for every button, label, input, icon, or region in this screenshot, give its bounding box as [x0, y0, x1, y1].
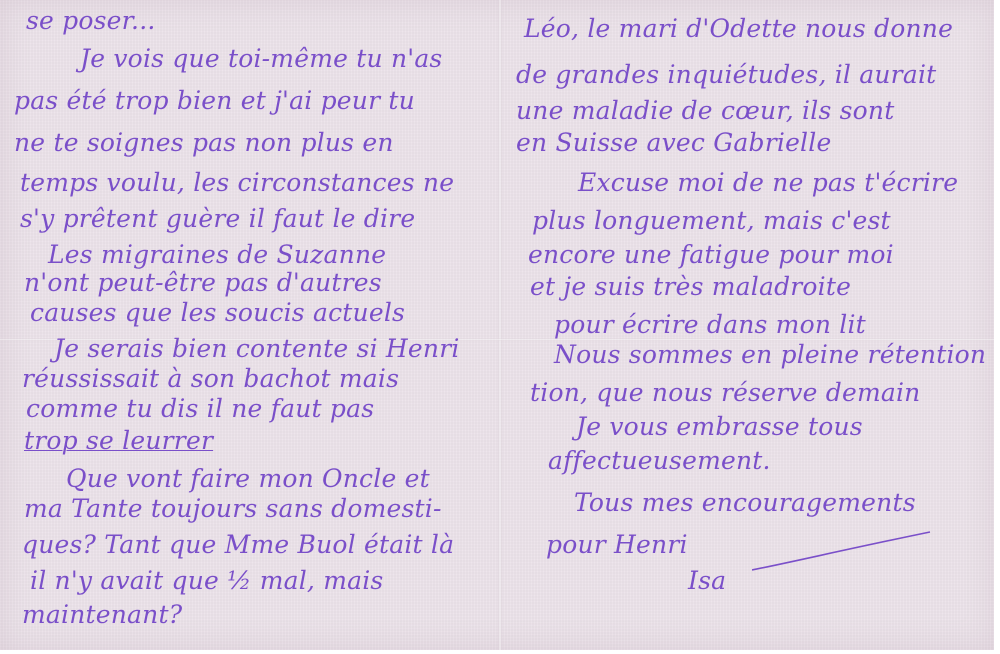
letter-line: temps voulu, les circonstances ne	[20, 168, 454, 197]
signature-flourish	[752, 530, 932, 575]
letter-line: Je vois que toi-même tu n'as	[80, 44, 442, 73]
letter-line: de grandes inquiétudes, il aurait	[516, 60, 936, 89]
letter-line: une maladie de cœur, ils sont	[516, 96, 894, 125]
letter-line: se poser...	[26, 6, 156, 35]
letter-line: ma Tante toujours sans domesti-	[24, 494, 442, 523]
letter-line: encore une fatigue pour moi	[528, 240, 894, 269]
letter-line: Que vont faire mon Oncle et	[66, 464, 430, 493]
paper-right-edge	[994, 0, 1000, 654]
letter-line: Je vous embrasse tous	[576, 412, 863, 441]
letter-line: pas été trop bien et j'ai peur tu	[14, 86, 415, 115]
letter-line: maintenant?	[22, 600, 182, 629]
letter-sheet: se poser... Je vois que toi-même tu n'as…	[0, 0, 996, 650]
letter-line: tion, que nous réserve demain	[530, 378, 920, 407]
letter-line: trop se leurrer	[24, 426, 213, 455]
left-page: se poser... Je vois que toi-même tu n'as…	[0, 0, 498, 650]
letter-line: s'y prêtent guère il faut le dire	[20, 204, 415, 233]
paper-bottom-edge	[0, 650, 1000, 654]
letter-line: plus longuement, mais c'est	[532, 206, 891, 235]
letter-line: pour Henri	[546, 530, 688, 559]
letter-line: réussissait à son bachot mais	[22, 364, 399, 393]
letter-line: Excuse moi de ne pas t'écrire	[578, 168, 958, 197]
letter-line: n'ont peut-être pas d'autres	[24, 268, 382, 297]
letter-line: pour écrire dans mon lit	[554, 310, 866, 339]
letter-line: Je serais bien contente si Henri	[54, 334, 460, 363]
letter-line: Les migraines de Suzanne	[48, 240, 386, 269]
letter-line: Tous mes encouragements	[574, 488, 916, 517]
letter-line: comme tu dis il ne faut pas	[26, 394, 374, 423]
letter-line: Léo, le mari d'Odette nous donne	[524, 14, 953, 43]
right-page: Léo, le mari d'Odette nous donne de gran…	[502, 0, 996, 650]
letter-line: il n'y avait que ½ mal, mais	[30, 566, 383, 595]
letter-line: ne te soignes pas non plus en	[14, 128, 394, 157]
letter-line: Nous sommes en pleine rétention	[554, 340, 986, 369]
letter-line: causes que les soucis actuels	[30, 298, 405, 327]
letter-line: ques? Tant que Mme Buol était là	[22, 530, 454, 559]
letter-line: en Suisse avec Gabrielle	[516, 128, 831, 157]
letter-line: et je suis très maladroite	[530, 272, 851, 301]
signature: Isa	[688, 566, 726, 595]
letter-line: affectueusement.	[548, 446, 771, 475]
